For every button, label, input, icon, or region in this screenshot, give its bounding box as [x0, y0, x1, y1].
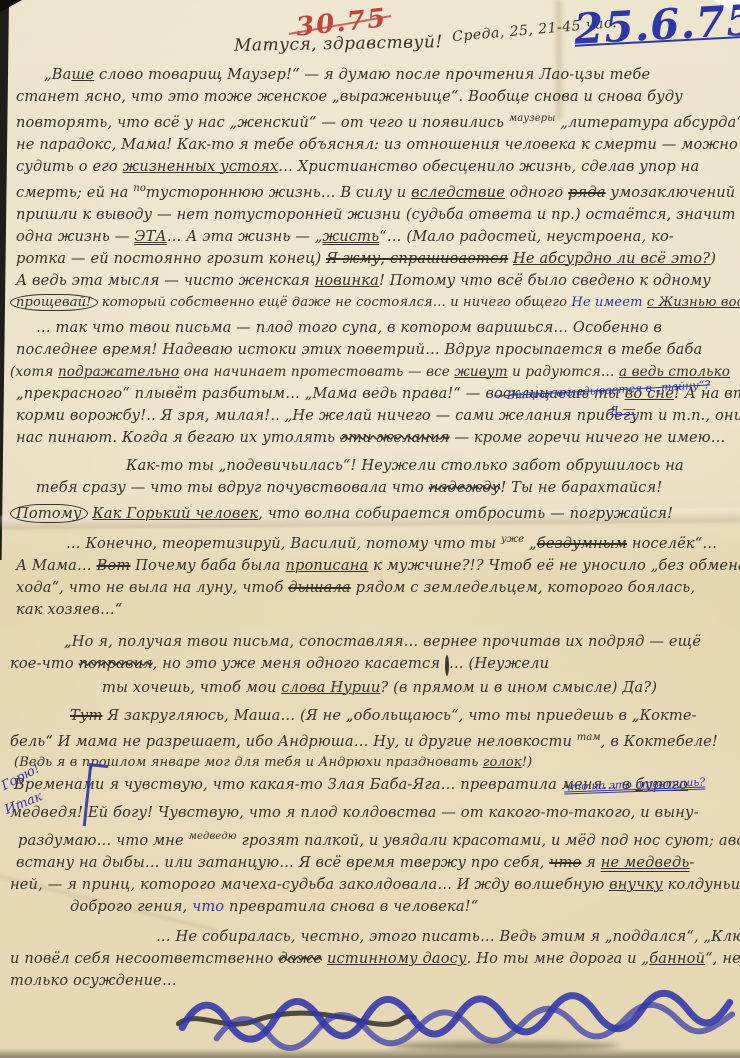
- letter-line-5: судить о его жизненных устоях… Христианс…: [16, 156, 734, 178]
- blue-date-stamp: 25.6.75: [573, 0, 740, 54]
- letter-line-11: прощевай! который собственно ещё даже не…: [10, 292, 734, 314]
- letter-line-2: станет ясно, что это тоже женское „выраж…: [16, 86, 734, 108]
- letter-line-23: хода“, что не выла на луну, чтоб дышала …: [16, 577, 734, 599]
- letter-line-24: как хозяев…“: [16, 599, 734, 621]
- letter-line-34: раздумаю… что мне медведю грозят палкой,…: [18, 826, 734, 852]
- letter-line-30: бель“ И мама не разрешает, ибо Андрюша… …: [10, 727, 734, 753]
- letter-line-25: „Но я, получая твои письма, сопоставляя……: [64, 631, 734, 653]
- letter-line-10: А ведь эта мысля — чисто женская новинка…: [16, 270, 734, 292]
- letter-line-14: (хотя подражательно она начинает протест…: [10, 361, 734, 383]
- letter-body: „Ваше слово товарищ Маузер!“ — я думаю п…: [10, 64, 734, 992]
- letter-line-35: встану на дыбы… или затанцую… Я всё врем…: [16, 852, 734, 874]
- letter-line-3: повторять, что всё у нас „женский“ — от …: [16, 108, 734, 134]
- letter-line-39: и повёл себя несоответственно даже истин…: [10, 948, 734, 970]
- letter-line-26: кое-что поправил, но это уже меня одного…: [10, 653, 734, 677]
- scan-corner-top-left: [0, 0, 22, 12]
- salutation: Матуся, здравствуй!: [234, 32, 443, 56]
- letter-line-20: Потому Как Горький человек, что волна со…: [10, 503, 734, 525]
- scan-edge-left: [0, 0, 9, 560]
- letter-line-38: … Не собиралась, честно, этого писать… В…: [156, 926, 734, 948]
- letter-line-17: нас пинают. Когда я бегаю их утолять эти…: [16, 427, 734, 449]
- scan-edge-bottom: [0, 1048, 740, 1058]
- letter-line-6: смерть; ей на потустороннюю жизнь… В сил…: [16, 178, 734, 204]
- letter-line-22: А Мама… Вот Почему баба была прописана к…: [16, 555, 734, 577]
- letter-line-31: (Ведь я в прошлом январе мог для тебя и …: [14, 752, 734, 774]
- letter-line-29: Тут Я закругляюсь, Маша… (Я не „обольщаю…: [70, 705, 734, 727]
- blue-note-ya: я —: [610, 402, 636, 417]
- scanned-letter-page: 30.75 Среда, 25, 21-45 час. 25.6.75 Мату…: [0, 0, 740, 1058]
- letter-line-36: ней, — я принц, которого мачеха-судьба з…: [10, 874, 734, 896]
- letter-line-21: … Конечно, теоретизируй, Василий, потому…: [66, 529, 734, 555]
- letter-line-13: последнее время! Надеваю истоки этих пов…: [16, 339, 734, 361]
- letter-line-8: одна жизнь — ЭТА… А эта жизнь — „жисть“……: [16, 226, 734, 248]
- letter-line-12: … так что твои письма — плод того супа, …: [36, 317, 734, 339]
- letter-line-7: пришли к выводу — нет потусторонней жизн…: [16, 204, 734, 226]
- letter-line-4: не парадокс, Мама! Как-то я тебе объясня…: [16, 134, 734, 156]
- letter-line-37: доброго гения, что превратила снова в че…: [70, 896, 734, 918]
- letter-line-18: Как-то ты „подевичьилась“! Неужели столь…: [126, 455, 734, 477]
- letter-line-33: медведя! Ей богу! Чувствую, что я плод к…: [10, 802, 734, 824]
- letter-line-9: ротка — ей постоянно грозит конец) Я жму…: [16, 248, 734, 270]
- letter-line-27: ты хочешь, чтоб мои слова Нурии? (в прям…: [102, 677, 734, 699]
- letter-line-1: „Ваше слово товарищ Маузер!“ — я думаю п…: [44, 64, 734, 86]
- letter-line-19: тебя сразу — что ты вдруг почувствовала …: [36, 477, 734, 499]
